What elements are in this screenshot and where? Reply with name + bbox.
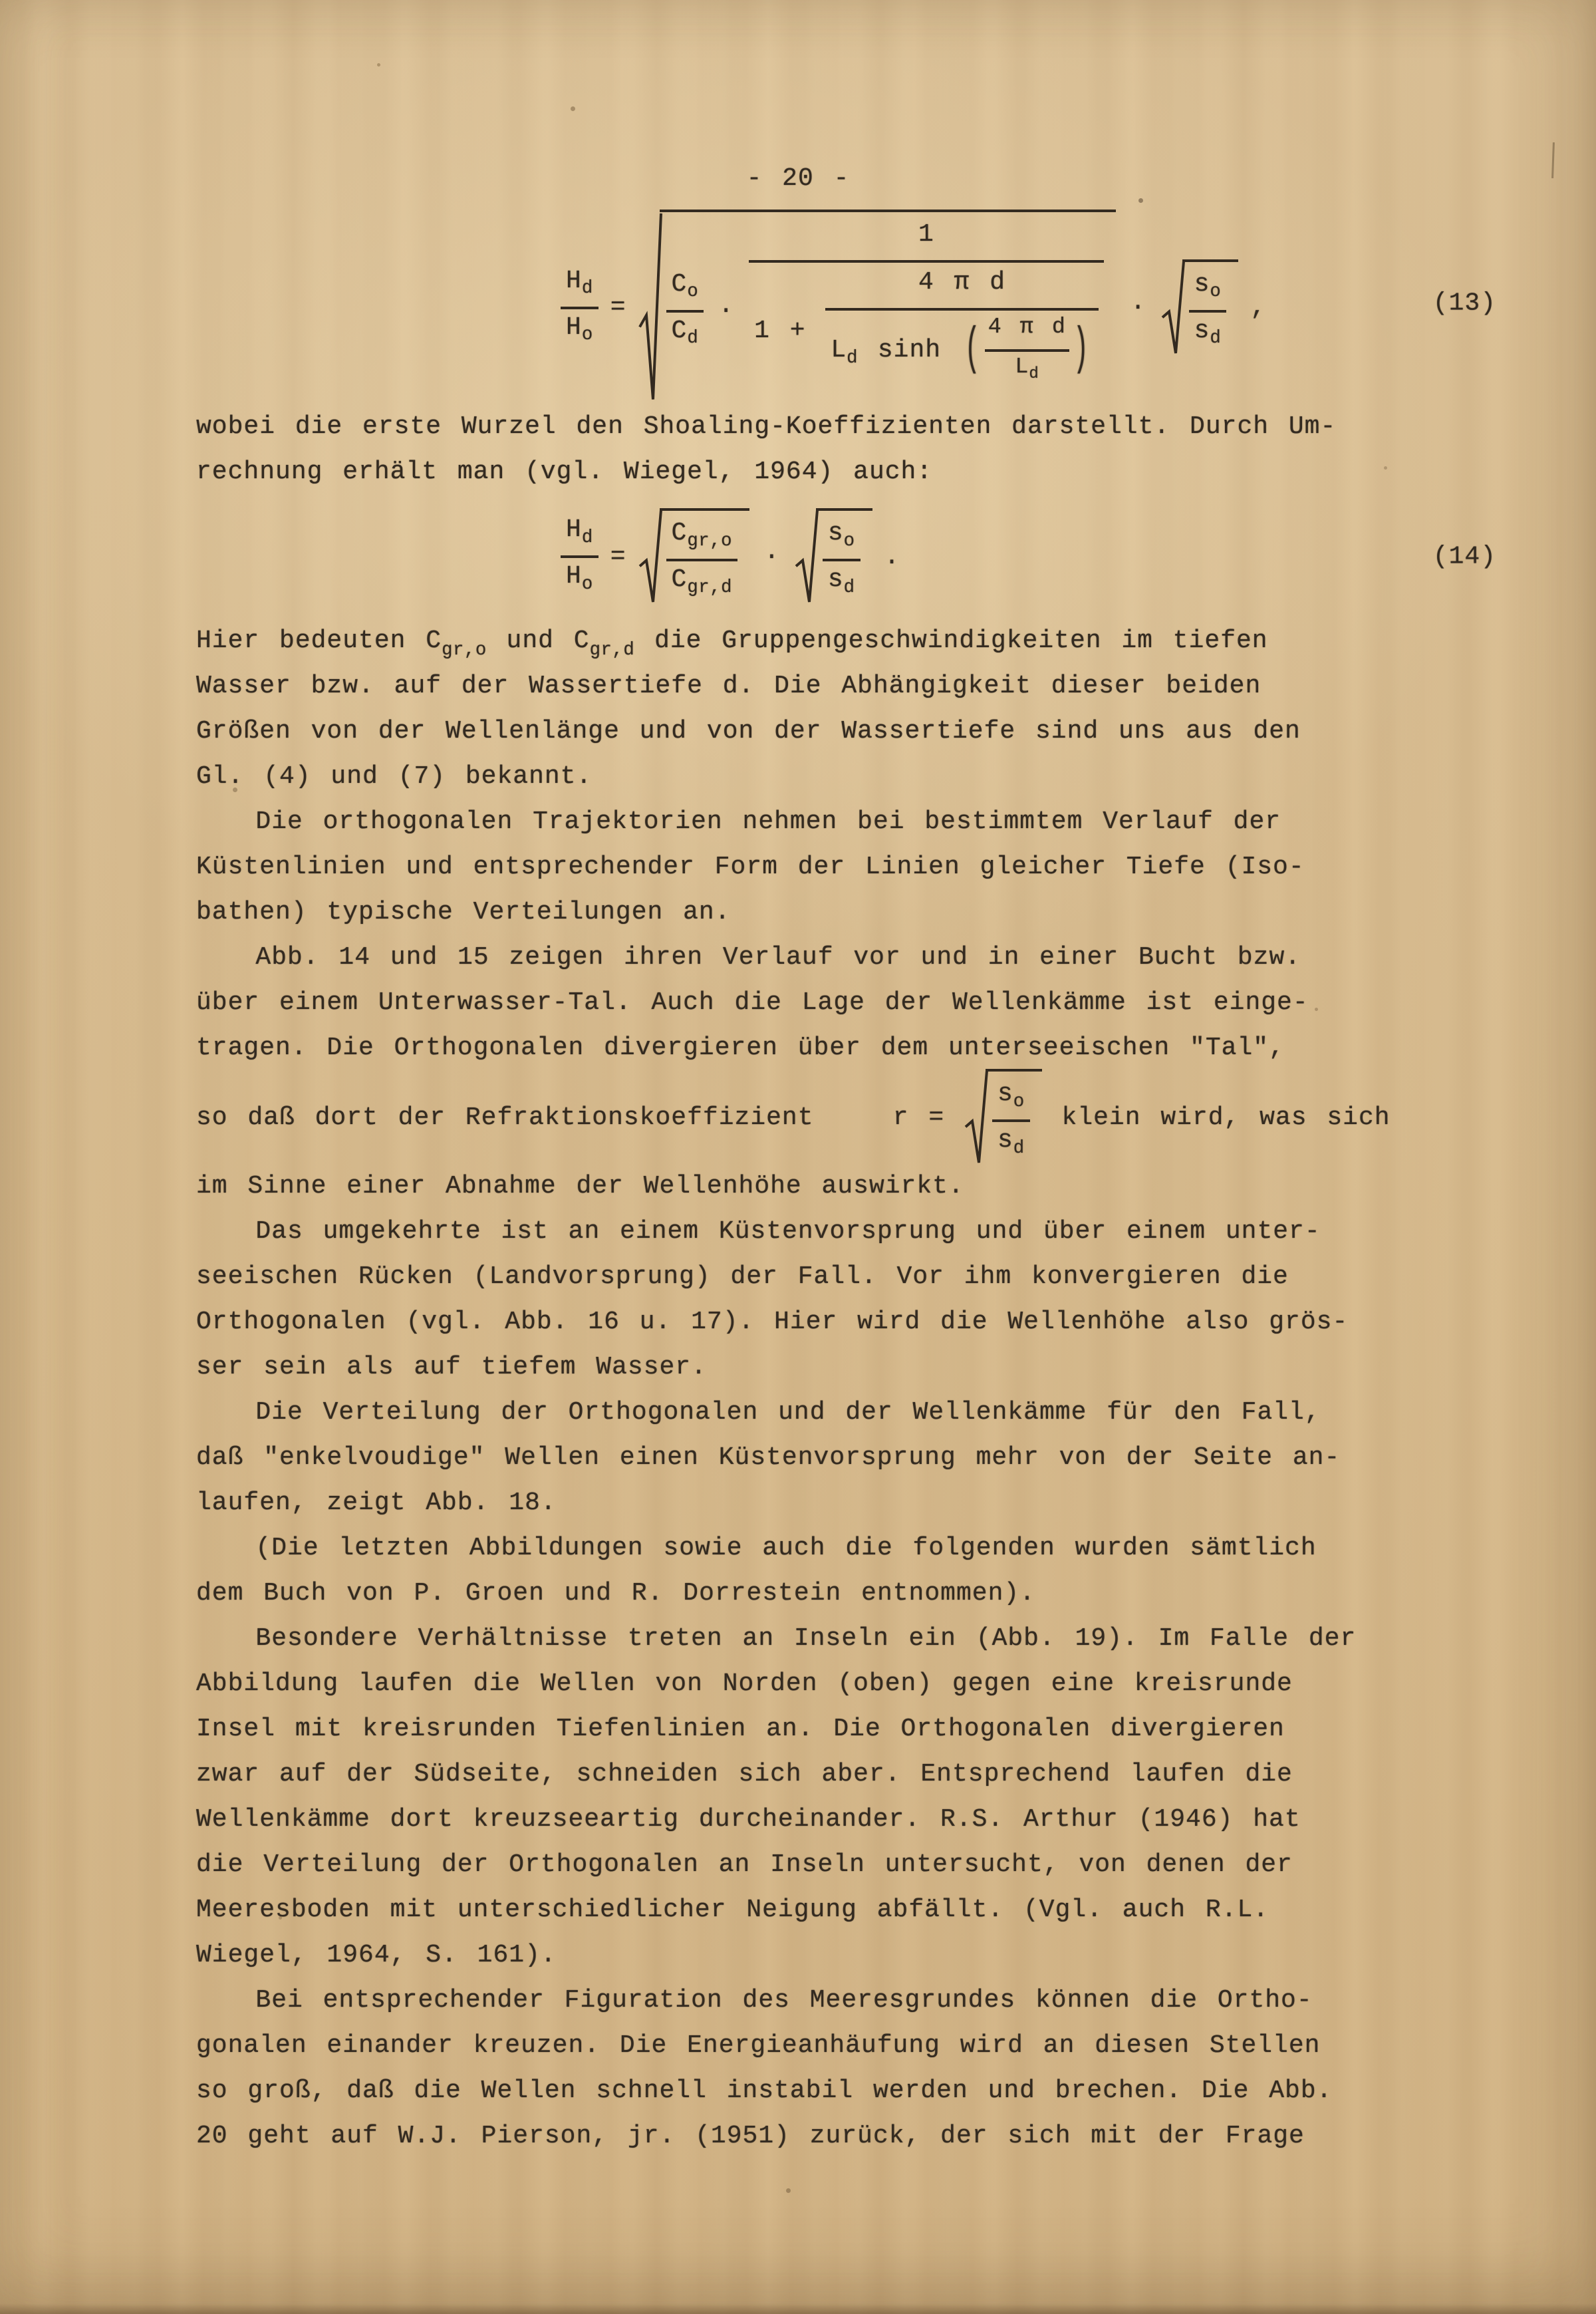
fraction-bar (992, 1119, 1030, 1122)
text-line: bathen) typische Verteilungen an. (196, 890, 1596, 935)
text-line: wobei die erste Wurzel den Shoaling-Koef… (196, 404, 1596, 450)
page-number: - 20 - (0, 156, 1596, 202)
subscript: o (1210, 281, 1221, 302)
radical-sign (964, 1069, 988, 1165)
fraction-4pid-Ld: 4 π d Ld (985, 315, 1069, 387)
text-line: die Verteilung der Orthogonalen an Insel… (196, 1842, 1596, 1888)
fraction-bar (561, 307, 598, 309)
fraction-bar (1189, 310, 1227, 313)
fraction-Hd-Ho: Hd Ho (561, 514, 598, 599)
fraction-bar (666, 559, 738, 561)
subscript: o (687, 281, 698, 302)
multiplication-dot: · (1128, 293, 1149, 322)
text-line: Gl. (4) und (7) bekannt. (196, 754, 1596, 799)
document-page: - 20 - Hd Ho = Co Cd (0, 0, 1596, 2314)
text-line: Größen von der Wellenlänge und von der W… (196, 709, 1596, 754)
text-line: Das umgekehrte ist an einem Küstenvorspr… (196, 1209, 1596, 1254)
fraction-bar (985, 349, 1069, 352)
text-line: Abb. 14 und 15 zeigen ihren Verlauf vor … (196, 935, 1596, 980)
text-line: tragen. Die Orthogonalen divergieren übe… (196, 1026, 1596, 1071)
subscript: gr,o (687, 531, 732, 551)
equation-13-body: Hd Ho = Co Cd · 1 (561, 210, 1266, 405)
equation-label: (13) (1433, 289, 1496, 317)
text-line: rechnung erhält man (vgl. Wiegel, 1964) … (196, 450, 1596, 495)
subscript: o (1013, 1091, 1025, 1112)
radical-refraction-inline: so sd (964, 1069, 1042, 1165)
subscript: d (844, 577, 855, 598)
subscript: d (847, 348, 858, 368)
equation-14: Hd Ho = Cgr,o Cgr,d · (196, 495, 1596, 619)
multiplication-dot: · (716, 297, 737, 325)
radical-sign (638, 508, 662, 605)
period: . (884, 543, 900, 571)
close-paren: ) (1073, 321, 1089, 380)
radical-refraction: so sd (1161, 259, 1239, 356)
text-line: Insel mit kreisrunden Tiefenlinien an. D… (196, 1707, 1596, 1752)
open-paren: ( (965, 321, 981, 380)
fraction-one-over: 1 1 + 4 π d Ld sinh ( (749, 219, 1104, 402)
inline-equation-line: so daß dort der Refraktionskoeffizient r… (196, 1071, 1596, 1164)
subscript: gr,d (687, 577, 732, 598)
radical-group-velocity: Cgr,o Cgr,d (638, 508, 750, 605)
refraction-coefficient: r = (893, 1103, 964, 1132)
subscript: o (582, 325, 593, 345)
text-line: seeischen Rücken (Landvorsprung) der Fal… (196, 1254, 1596, 1300)
text-line: ser sein als auf tiefem Wasser. (196, 1345, 1596, 1390)
subscript: gr,o (442, 640, 487, 660)
text-line: Die orthogonalen Trajektorien nehmen bei… (196, 799, 1596, 845)
equals-sign: = (610, 543, 626, 571)
text-line: Meeresboden mit unterschiedlicher Neigun… (196, 1888, 1596, 1933)
sinh-function: sinh (858, 336, 961, 365)
text-line: im Sinne einer Abnahme der Wellenhöhe au… (196, 1164, 1596, 1209)
fraction-bar (823, 559, 861, 561)
equation-14-body: Hd Ho = Cgr,o Cgr,d · (561, 508, 900, 605)
fraction-bar (825, 308, 1098, 311)
text-line: dem Buch von P. Groen und R. Dorrestein … (196, 1571, 1596, 1616)
equals-sign: = (610, 293, 626, 322)
fraction-bar (561, 555, 598, 558)
text-line: Die Verteilung der Orthogonalen und der … (196, 1390, 1596, 1435)
text-line: Wiegel, 1964, S. 161). (196, 1933, 1596, 1978)
text-line: daß "enkelvoudige" Wellen einen Küstenvo… (196, 1435, 1596, 1481)
fraction-so-sd: so sd (823, 517, 861, 602)
fraction-bar (749, 260, 1104, 263)
fraction-bar (666, 310, 704, 313)
fraction-Cgro-Cgrd: Cgr,o Cgr,d (666, 517, 738, 602)
equation-13: Hd Ho = Co Cd · 1 (196, 202, 1596, 404)
subscript: o (582, 574, 593, 595)
radical-sign (1161, 259, 1185, 356)
text-line: Bei entsprechender Figuration des Meeres… (196, 1978, 1596, 2023)
text-line: Orthogonalen (vgl. Abb. 16 u. 17). Hier … (196, 1300, 1596, 1345)
subscript: d (582, 527, 593, 548)
text-line: Abbildung laufen die Wellen von Norden (… (196, 1662, 1596, 1707)
text-line: Besondere Verhältnisse treten an Inseln … (196, 1616, 1596, 1662)
radical-shoaling: Co Cd · 1 1 + 4 π d (638, 210, 1116, 405)
text-line: zwar auf der Südseite, schneiden sich ab… (196, 1752, 1596, 1797)
text-line: gonalen einander kreuzen. Die Energieanh… (196, 2023, 1596, 2069)
equation-label: (14) (1433, 543, 1496, 571)
radical-sign (795, 508, 819, 605)
text-line: laufen, zeigt Abb. 18. (196, 1481, 1596, 1526)
subscript: o (844, 531, 855, 551)
subscript: gr,d (590, 640, 635, 660)
fraction-so-sd: so sd (992, 1078, 1030, 1163)
text-line: (Die letzten Abbildungen sowie auch die … (196, 1526, 1596, 1571)
radical-sign (638, 210, 662, 405)
text-line: so groß, daß die Wellen schnell instabil… (196, 2069, 1596, 2114)
multiplication-dot: · (761, 543, 783, 571)
subscript: d (687, 328, 698, 349)
text-line: Küstenlinien und entsprechender Form der… (196, 845, 1596, 890)
text-line-with-subscripts: Hier bedeuten Cgr,o und Cgr,d die Gruppe… (196, 619, 1596, 664)
subscript: d (1210, 328, 1221, 349)
radical-refraction: so sd (795, 508, 872, 605)
fraction-Co-Cd: Co Cd (666, 269, 704, 353)
text-line: 20 geht auf W.J. Pierson, jr. (1951) zur… (196, 2114, 1596, 2159)
fraction-Hd-Ho: Hd Ho (561, 265, 598, 350)
text-line: Wasser bzw. auf der Wassertiefe d. Die A… (196, 664, 1596, 709)
page-content: - 20 - Hd Ho = Co Cd (0, 0, 1596, 2159)
fraction-4pid: 4 π d Ld sinh ( 4 π d Ld (825, 267, 1098, 395)
fraction-so-sd: so sd (1189, 269, 1227, 353)
text-line: über einem Unterwasser-Tal. Auch die Lag… (196, 980, 1596, 1026)
comma: , (1250, 293, 1266, 322)
subscript: d (1029, 365, 1039, 384)
subscript: d (1013, 1138, 1025, 1159)
text-line: Wellenkämme dort kreuzseeartig durcheina… (196, 1797, 1596, 1842)
subscript: d (582, 278, 593, 299)
